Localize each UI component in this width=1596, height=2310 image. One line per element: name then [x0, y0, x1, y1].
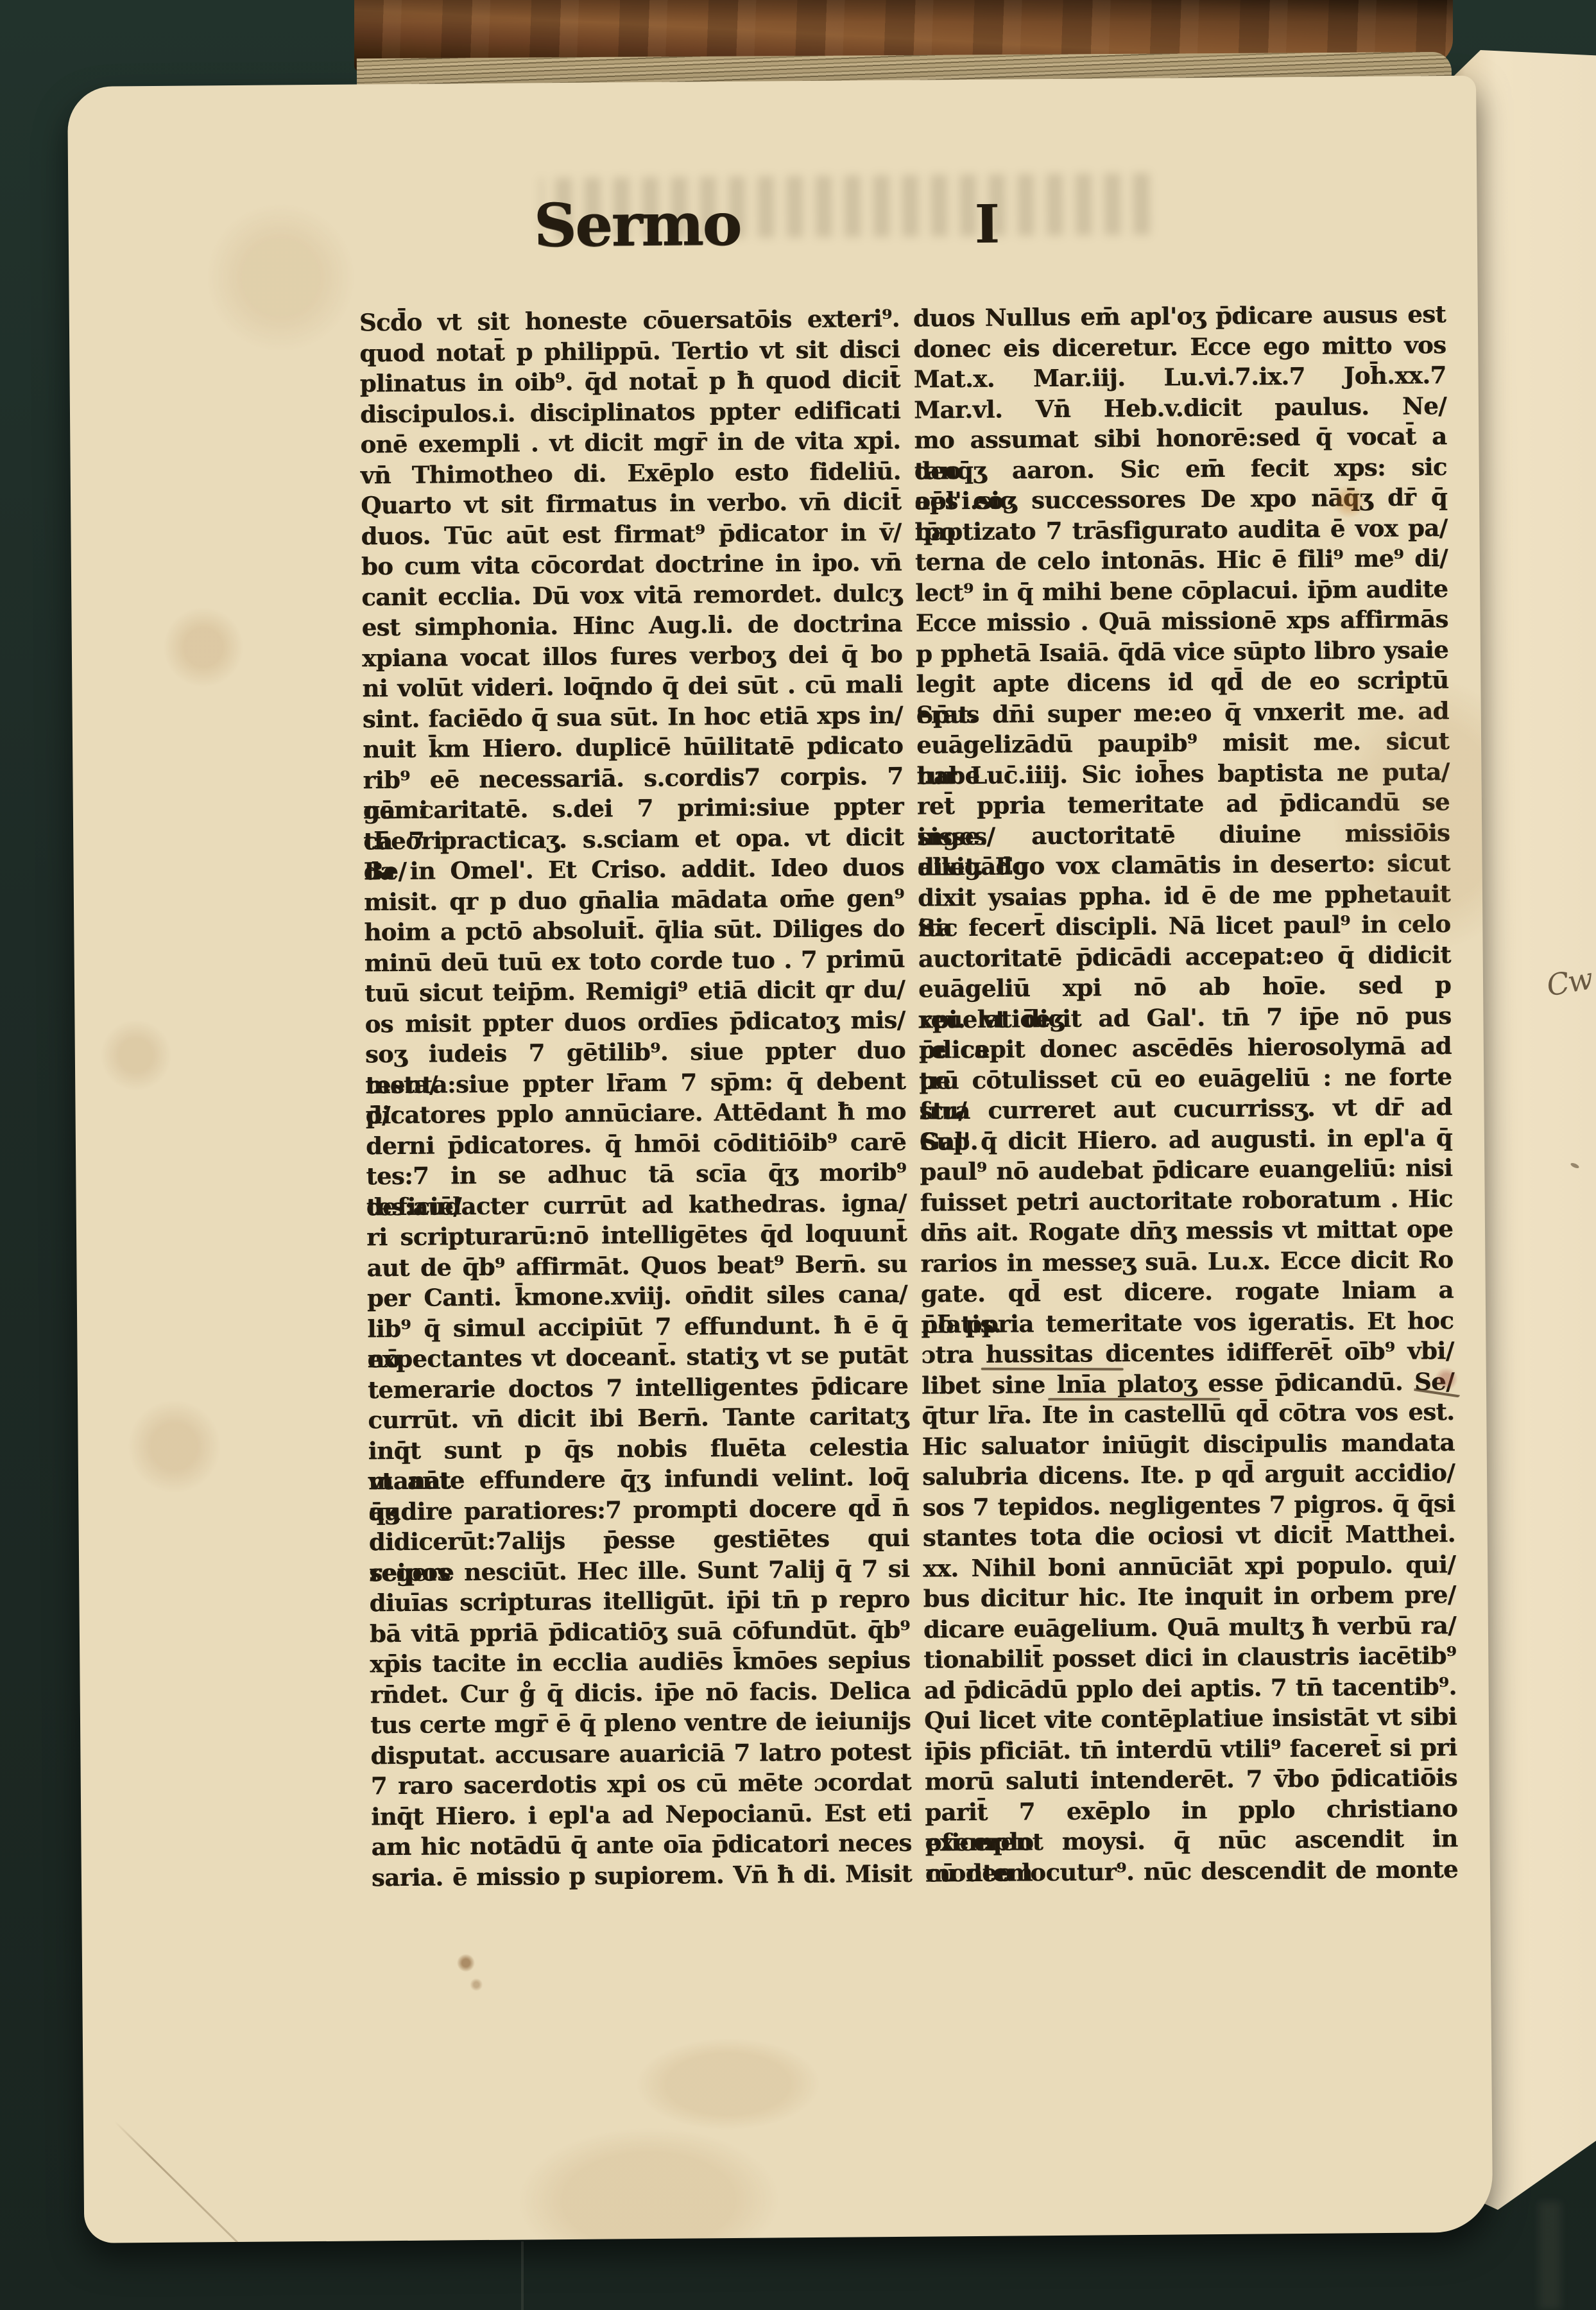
text-line: xpiana vocat illos fures verboʒ dei q̄ b…: [362, 639, 902, 673]
text-column-right: duos Nullus em̄ apl'oʒ p̄dicare ausus es…: [913, 299, 1458, 1888]
text-line: dicatores pplo annūciare. Attēdant ħ mo: [365, 1096, 905, 1131]
text-line: sint. faciēdo q̄ sua sūt. In hoc etiā xp…: [363, 700, 903, 734]
text-line: aut de q̄b⁹ affirmāt. Quos beat⁹ Bern̄. …: [366, 1248, 907, 1283]
text-line: auctoritatē p̄dicādi accepat:eo q̄ didic…: [918, 940, 1451, 974]
text-line: Scd̄o vt sit honeste cōuersatōis exteri⁹…: [359, 304, 900, 338]
text-line: stantes tota die ociosi vt dicit̄ Matthe…: [923, 1519, 1455, 1553]
ink-underline: [1048, 1398, 1220, 1401]
text-line: Sp̄us dn̄i super me:eo q̄ vnxerit me. ad: [916, 696, 1449, 730]
text-line: Ecce missio . Quā missionē xps affirmās: [915, 604, 1448, 639]
text-line: canit ecclia. Dū vox vitā remordet. dulc…: [361, 578, 902, 612]
background-seam: [521, 2241, 524, 2310]
text-line: derni p̄dicatores. q̄ hmōi cōditiōib⁹ ca…: [366, 1126, 906, 1161]
text-line: Quarto vt sit firmatus in verbo. vn̄ dic…: [361, 487, 901, 521]
text-line: sos 7 tepidos. negligentes 7 pigros. q̄ …: [922, 1488, 1455, 1523]
text-line: ri scripturarū:nō intelligētes q̄d loquu…: [366, 1218, 907, 1253]
text-line: rib⁹ eē necessariā. s.cordis7 corpis. 7 …: [363, 761, 903, 795]
text-line: diuīas scripturas itelligūt. ip̄i tn̄ p …: [369, 1584, 909, 1619]
text-line: am hic notādū q̄ ante oīa p̄dicatori nec…: [371, 1828, 911, 1863]
text-line: parit̄ 7 exēplo in pplo christiano pfice…: [925, 1793, 1457, 1828]
text-line: ad p̄dicādū pplo dei aptis. 7 tn̄ tacent…: [923, 1671, 1456, 1706]
text-line: hoim a pctō absoluit̄. q̄lia sūt. Dilige…: [364, 913, 904, 948]
text-line: inq̄t sunt p q̄s nobis fluēta celestia m…: [368, 1431, 909, 1466]
text-line: cā 7 practicaʒ. s.sciam et opa. vt dicit…: [363, 822, 904, 856]
text-line: legit apte dicens id qd̄ de eo scriptū e…: [916, 665, 1448, 700]
text-line: tus certe mgr̄ ē q̄ pleno ventre de ieiu…: [370, 1706, 911, 1741]
text-line: da in Omel'. Et Criso. addit. Ideo duos: [363, 852, 904, 887]
text-line: nō ppria temeritate vos igeratis. Et hoc: [921, 1306, 1454, 1340]
text-line: rarios in messeʒ suā. Lu.x. Ecce dicit R…: [920, 1245, 1453, 1279]
text-line: euāgeliū xpi nō ab hoīe. sed p reuelatiō…: [918, 970, 1451, 1004]
text-line: nuit k̄m Hiero. duplicē hūilitatē pdicat…: [363, 730, 903, 765]
text-line: Mar.vl. Vn̄ Heb.v.dicit paulus. Ne/: [914, 391, 1446, 426]
corner-crease: [114, 2121, 238, 2243]
text-line: xpi. vt dicit ad Gal'. tn̄ 7 ip̄e nō pus…: [918, 1001, 1451, 1035]
text-line: quod notat̄ p philippū. Tertio vt sit di…: [359, 334, 900, 368]
text-line: bo cum vita cōcordat doctrine in ipo. vn…: [361, 547, 902, 582]
text-line: xp̄is tacite in ecclia audiēs k̄mōes sep…: [370, 1645, 910, 1680]
text-line: est simphonia. Hinc Aug.li. de doctrina: [361, 608, 902, 643]
text-line: dicare euāgelium. Quā multʒ ħ verbū ra/: [923, 1610, 1456, 1645]
text-line: baptizato 7 trāsfigurato audita ē vox pa…: [914, 513, 1447, 547]
text-line: mo assumat sibi honorē:sed q̄ vocat̄ a d…: [914, 421, 1446, 456]
text-line: lect⁹ in q̄ mihi bene cōplacui. ip̄m aud…: [915, 574, 1448, 608]
text-line: terna de celo intonās. Hic ē fili⁹ me⁹ d…: [915, 543, 1448, 578]
text-line: regere nesciūt. Hec ille. Sunt 7alij q̄ …: [369, 1553, 909, 1588]
text-line: discipulos.i. disciplinatos ppter edific…: [360, 395, 900, 429]
ink-underline: [981, 1368, 1124, 1371]
text-line: saria. ē missio p supiorem. Vn̄ ħ di. Mi…: [372, 1858, 912, 1893]
text-line: tanq̄ʒ aaron. Sic em̄ fecit xps: sic apl…: [914, 452, 1447, 487]
text-line: ɔtra hussitas dicentes idifferēt̄ oīb⁹ v…: [921, 1336, 1454, 1370]
text-line: didicerūt:7alijs p̄esse gestiētes qui se…: [369, 1523, 909, 1558]
text-line: nā caritatē. s.dei 7 primi:siue ppter th…: [363, 791, 904, 826]
text-line: re cepit donec ascēdēs hierosolymā ad pe: [919, 1031, 1452, 1065]
text-line: gate. qd̄ est dicere. rogate lniam a p̄l…: [921, 1275, 1454, 1309]
text-line: salubria dicens. Ite. p qd̄ arguit accid…: [922, 1458, 1455, 1492]
text-line: tuū sicut teip̄m. Remigi⁹ etiā dicit qr …: [365, 974, 905, 1009]
text-line: donec eis diceretur. Ecce ego mitto vos: [913, 330, 1446, 365]
text-line: libet sine lnīa platoʒ esse p̄dicandū. S…: [922, 1366, 1454, 1401]
text-line: oēs eoʒ successores De xpo nāq̄ʒ dr̄ q̄ …: [914, 482, 1447, 517]
text-line: 7 raro sacerdotis xpi os cū mēte ɔcordat: [371, 1767, 911, 1802]
text-line: dn̄s ait. Rogate dn̄ʒ messis vt mittat o…: [920, 1214, 1453, 1248]
text-line: inq̄t Hiero. i epl'a ad Nepocianū. Est e…: [371, 1797, 911, 1832]
text-line: morū saluti intenderēt. 7 v̄bo p̄dicatiō…: [925, 1763, 1457, 1797]
text-line: p pphetā Isaiā. q̄dā vice sūpto libro ys…: [916, 635, 1448, 669]
text-line: sisse. auctoritatē diuine missiōis alleg…: [917, 818, 1450, 852]
text-column-left: Scd̄o vt sit honeste cōuersatōis exteri⁹…: [359, 304, 912, 1893]
text-line: fuisset petri auctoritate roboratum . Hi…: [920, 1184, 1453, 1218]
text-line: misit. qr p duo gn̄alia mādata om̄e gen⁹: [364, 883, 904, 917]
text-line: Sic fecert̄ discipli. Nā licet paul⁹ in …: [918, 909, 1450, 944]
text-line: exemplo moysi. q̄ nūc ascendit in montem: [925, 1823, 1457, 1858]
text-line: currūt. vn̄ dicit ibi Bern̄. Tante carit…: [368, 1401, 908, 1436]
text-line: duos. Tūc aūt est firmat⁹ p̄dicator in v…: [361, 517, 901, 551]
text-line: xx. Nihil boni annūciāt xpi populo. qui/: [923, 1549, 1455, 1584]
text-line: Qui licet vite contēplatiue insistāt vt …: [924, 1702, 1457, 1736]
handwritten-margin-note: Cw: [1544, 961, 1595, 1003]
text-line: euāgelizādū paupib⁹ misit me. sicut habe: [916, 726, 1449, 761]
text-line: tes:audacter currūt ad kathedras. igna/: [366, 1187, 907, 1222]
text-line: rn̄det. Cur g̊ q̄ dicis. ip̄e nō facis. …: [370, 1675, 911, 1710]
text-line: ni volūt videri. loq̄ndo q̄ dei sūt . cū…: [362, 669, 902, 704]
text-line: ret̄ ppria temeritate ad p̄dicandū se in…: [917, 787, 1450, 822]
text-line: temerarie doctos 7 intelligentes p̄dicar…: [368, 1370, 908, 1405]
text-line: minū deū tuū ex toto corde tuo . 7 primū: [365, 944, 905, 978]
text-line: vt ante effundere q̄ʒ infundi velint. lo…: [368, 1462, 909, 1497]
text-line: expectantes vt doceant̄. statiʒ vt se pu…: [367, 1340, 907, 1375]
text-line: stra curreret aut cucurrissʒ. vt dr̄ ad …: [919, 1092, 1452, 1126]
text-line: cū deo locutur⁹. nūc descendit de monte: [925, 1854, 1458, 1889]
text-line: disputat. accusare auariciā 7 latro pote…: [370, 1736, 911, 1771]
text-line: Mat.x. Mar.iij. Lu.vi.7.ix.7 Joh̄.xx.7: [913, 360, 1446, 395]
text-line: trū cōtulisset cū eo euāgeliū : ne forte…: [919, 1062, 1452, 1096]
text-line: tionabilit̄ posset dici in claustris iac…: [923, 1641, 1456, 1675]
photograph-background: Cw Sermo I Scd̄o vt sit honeste cōuersat…: [0, 0, 1596, 2310]
text-line: per Canti. k̄mone.xviij. on̄dit siles ca…: [367, 1279, 907, 1314]
text-line: bā vitā ppriā p̄dicatiōʒ suā cōfundūt. q…: [370, 1614, 910, 1649]
text-line: bus dicitur hic. Ite inquit in orbem pre…: [923, 1580, 1455, 1614]
background-cloth-edge: [1539, 2202, 1561, 2310]
text-line: dixit ysaias ppha. id ē de me pphetauit …: [918, 879, 1450, 913]
text-line: audire paratiores:7 prompti docere qd̄ n…: [368, 1492, 909, 1527]
ink-smudge: [1570, 1162, 1579, 1169]
text-line: lib⁹ q̄ simul accipiūt 7 effundunt. ħ ē …: [367, 1309, 907, 1344]
text-line: q̄tur lr̄a. Ite in castellū qd̄ cōtra vo…: [922, 1397, 1454, 1431]
text-line: ip̄is pficiāt. tn̄ interdū vtili⁹ facere…: [924, 1732, 1457, 1767]
book-page: Sermo I Scd̄o vt sit honeste cōuersatōis…: [67, 76, 1493, 2243]
text-line: paul⁹ nō audebat p̄dicare euangeliū: nis…: [920, 1153, 1452, 1187]
text-line: soʒ iudeis 7 gētilib⁹. siue ppter duo te…: [365, 1035, 905, 1070]
running-title: Sermo: [533, 189, 741, 261]
text-line: tur Luc̄.iiij. Sic ioh̄es baptista ne pu…: [916, 757, 1449, 791]
text-line: os misit ppter duos ordīes p̄dicatoʒ mis…: [365, 1004, 905, 1039]
text-line: Sup q̄ dicit Hiero. ad augusti. in epl'a…: [920, 1123, 1452, 1157]
text-line: tes:7 in se adhuc tā scīa q̄ʒ morib⁹ def…: [366, 1157, 906, 1192]
text-line: menta:siue ppter lr̄am 7 sp̄m: q̄ debent…: [365, 1065, 905, 1100]
text-line: Hic saluator iniūgit discipulis mandata: [922, 1427, 1454, 1462]
text-line: duos Nullus em̄ apl'oʒ p̄dicare ausus es…: [913, 299, 1446, 334]
text-line: onē exempli . vt dicit mgr̄ in de vita x…: [360, 426, 900, 460]
text-line: plinatus in oib⁹. q̄d notat̄ p ħ quod di…: [359, 365, 900, 399]
folio-number: I: [974, 194, 999, 255]
text-line: vn̄ Thimotheo di. Exēplo esto fideliū.: [361, 456, 901, 490]
text-line: dixit. Ego vox clamātis in deserto: sicu…: [917, 848, 1450, 883]
